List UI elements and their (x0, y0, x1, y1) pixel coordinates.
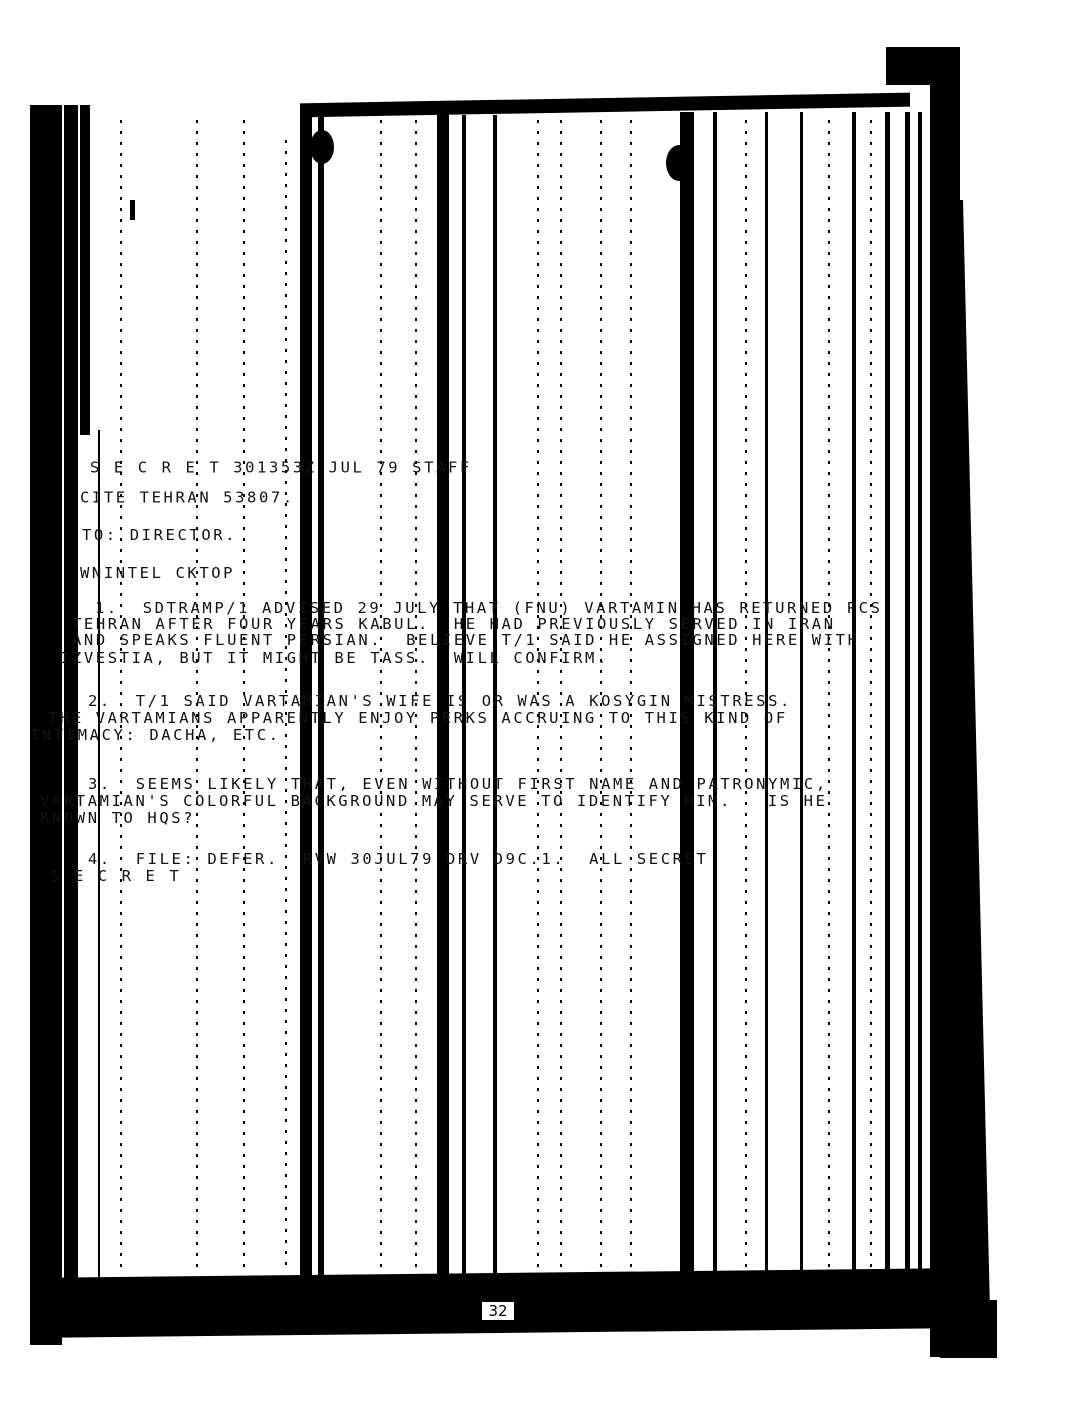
cite-line: CITE TEHRAN 53807. (80, 490, 295, 505)
right-border-wide (936, 200, 990, 1310)
scan-streak (800, 112, 803, 1282)
scan-speckle (130, 200, 135, 220)
scan-speckle (870, 120, 872, 1270)
paragraph-2-line-2: THE VARTAMIANS APPARENTLY ENJOY PERKS AC… (48, 710, 788, 725)
paragraph-1-line-4: IZVESTIA, BUT IT MIGHT BE TASS. WILL CON… (60, 650, 609, 665)
ink-blob (666, 145, 692, 181)
paragraph-1-line-2: TEHRAN AFTER FOUR YEARS KABUL. HE HAD PR… (72, 616, 836, 631)
paragraph-2-line-3: INTIMACY: DACHA, ETC. (30, 727, 281, 742)
scan-streak (852, 112, 856, 1282)
paragraph-4-line-1: 4. FILE: DEFER. RVW 30JUL79 DRV D9C.1. A… (88, 851, 708, 866)
scanned-document-page: S E C R E T 301353Z JUL 79 STAFF CITE TE… (0, 0, 1067, 1423)
paragraph-3-line-3: KNOWN TO HQS? (40, 810, 195, 825)
classification-header: S E C R E T 301353Z JUL 79 STAFF (90, 460, 472, 475)
scan-streak (905, 112, 910, 1282)
paragraph-3-line-1: 3. SEEMS LIKELY THAT, EVEN WITHOUT FIRST… (88, 776, 828, 791)
scan-speckle (828, 120, 830, 1270)
top-border (300, 93, 910, 118)
addressee-line: TO: DIRECTOR. (82, 527, 237, 542)
left-inner-border (64, 105, 78, 1285)
classification-footer: S E C R E T (50, 868, 181, 883)
paragraph-3-line-2: VARTAMIAN'S COLORFUL BACKGROUND MAY SERV… (40, 793, 828, 808)
ink-blob (310, 130, 334, 164)
scan-streak (885, 112, 890, 1282)
paragraph-1-line-1: 1. SDTRAMP/1 ADVISED 29 JULY THAT (FNU) … (95, 600, 883, 615)
subject-line: WNINTEL CKTOP (80, 565, 235, 580)
page-number: 32 (482, 1302, 514, 1320)
scan-streak (918, 112, 922, 1282)
left-inner-border-2 (80, 105, 90, 435)
paragraph-1-line-3: AND SPEAKS FLUENT PERSIAN. BELIEVE T/1 S… (72, 632, 860, 647)
paragraph-2-line-1: 2. T/1 SAID VARTAMIAN'S WIFE IS OR WAS A… (88, 693, 792, 708)
